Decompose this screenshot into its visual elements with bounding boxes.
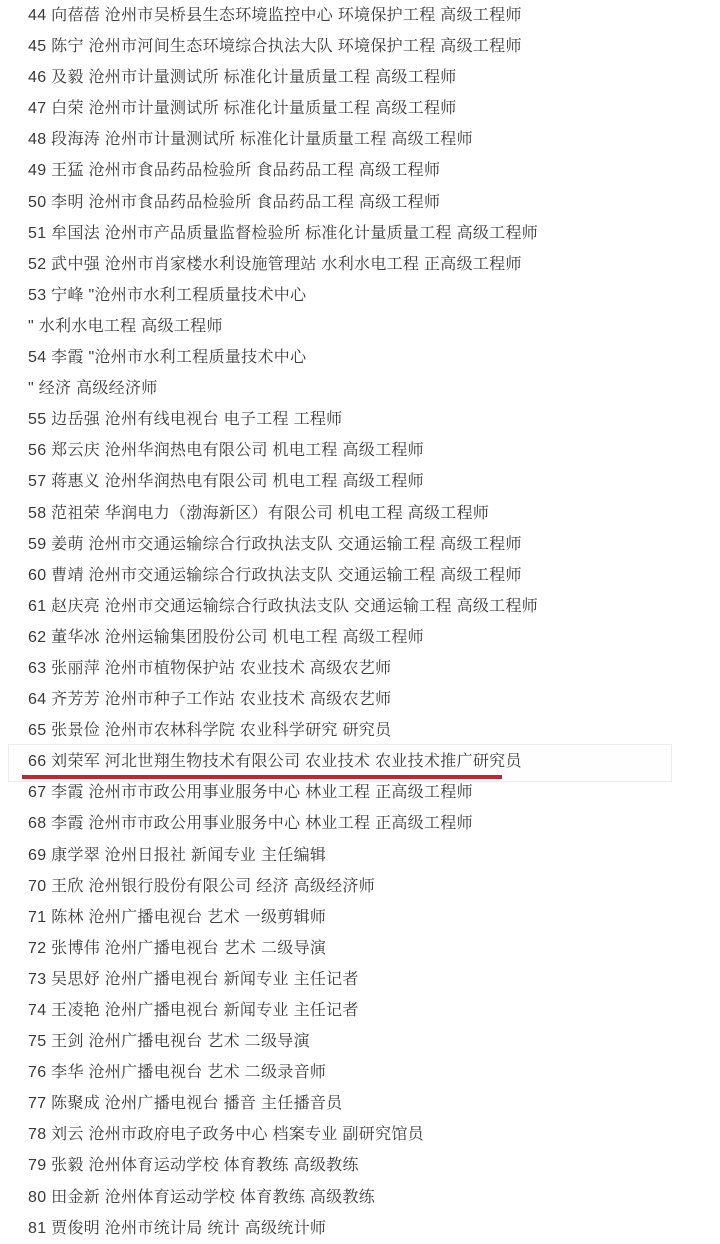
list-item: 57 蒋惠义 沧州华润热电有限公司 机电工程 高级工程师	[0, 466, 720, 497]
list-item-text: 55 边岳强 沧州有线电视台 电子工程 工程师	[28, 411, 342, 428]
list-item: 72 张博伟 沧州广播电视台 艺术 二级导演	[0, 933, 720, 964]
list-item: 77 陈聚成 沧州广播电视台 播音 主任播音员	[0, 1088, 720, 1119]
list-item-text: 44 向蓓蓓 沧州市吴桥县生态环境监控中心 环境保护工程 高级工程师	[28, 7, 522, 24]
list-item: 60 曹靖 沧州市交通运输综合行政执法支队 交通运输工程 高级工程师	[0, 560, 720, 591]
list-item: 51 牟国法 沧州市产品质量监督检验所 标准化计量质量工程 高级工程师	[0, 218, 720, 249]
list-item-text: 77 陈聚成 沧州广播电视台 播音 主任播音员	[28, 1095, 342, 1112]
person-list: 44 向蓓蓓 沧州市吴桥县生态环境监控中心 环境保护工程 高级工程师 45 陈宁…	[0, 0, 720, 1244]
list-item: 70 王欣 沧州银行股份有限公司 经济 高级经济师	[0, 871, 720, 902]
list-item-text: 74 王凌艳 沧州广播电视台 新闻专业 主任记者	[28, 1002, 359, 1019]
list-item: 48 段海涛 沧州市计量测试所 标准化计量质量工程 高级工程师	[0, 124, 720, 155]
list-item: 47 白荣 沧州市计量测试所 标准化计量质量工程 高级工程师	[0, 93, 720, 124]
list-item-text: 68 李霞 沧州市市政公用事业服务中心 林业工程 正高级工程师	[28, 815, 473, 832]
list-item-text: 62 董华冰 沧州运输集团股份公司 机电工程 高级工程师	[28, 629, 424, 646]
list-item-text: " 水利水电工程 高级工程师	[28, 318, 223, 335]
list-item: 62 董华冰 沧州运输集团股份公司 机电工程 高级工程师	[0, 622, 720, 653]
list-item: 75 王剑 沧州广播电视台 艺术 二级导演	[0, 1026, 720, 1057]
list-item: 59 姜萌 沧州市交通运输综合行政执法支队 交通运输工程 高级工程师	[0, 529, 720, 560]
list-item-text: 66 刘荣军 河北世翔生物技术有限公司 农业技术 农业技术推广研究员	[28, 753, 522, 770]
list-item: 58 范祖荣 华润电力（渤海新区）有限公司 机电工程 高级工程师	[0, 498, 720, 529]
list-item: 64 齐芳芳 沧州市种子工作站 农业技术 高级农艺师	[0, 684, 720, 715]
list-item-text: 78 刘云 沧州市政府电子政务中心 档案专业 副研究馆员	[28, 1126, 424, 1143]
list-item-text: 71 陈林 沧州广播电视台 艺术 一级剪辑师	[28, 909, 326, 926]
list-item-text: 81 贾俊明 沧州市统计局 统计 高级统计师	[28, 1220, 326, 1237]
list-item-text: 52 武中强 沧州市肖家楼水利设施管理站 水利水电工程 正高级工程师	[28, 256, 522, 273]
list-item: 44 向蓓蓓 沧州市吴桥县生态环境监控中心 环境保护工程 高级工程师	[0, 0, 720, 31]
list-item: 49 王猛 沧州市食品药品检验所 食品药品工程 高级工程师	[0, 155, 720, 186]
list-item-text: 75 王剑 沧州广播电视台 艺术 二级导演	[28, 1033, 310, 1050]
list-item-text: 46 及毅 沧州市计量测试所 标准化计量质量工程 高级工程师	[28, 69, 457, 86]
list-item-text: 49 王猛 沧州市食品药品检验所 食品药品工程 高级工程师	[28, 162, 440, 179]
list-item-text: 47 白荣 沧州市计量测试所 标准化计量质量工程 高级工程师	[28, 100, 457, 117]
list-item-text: 57 蒋惠义 沧州华润热电有限公司 机电工程 高级工程师	[28, 473, 424, 490]
list-item-text: 58 范祖荣 华润电力（渤海新区）有限公司 机电工程 高级工程师	[28, 505, 489, 522]
highlight-underline	[22, 775, 502, 779]
list-item-text: 53 宁峰 "沧州市水利工程质量技术中心	[28, 287, 306, 304]
list-item: 50 李明 沧州市食品药品检验所 食品药品工程 高级工程师	[0, 187, 720, 218]
list-item-text: 80 田金新 沧州体育运动学校 体育教练 高级教练	[28, 1189, 375, 1206]
list-item: 71 陈林 沧州广播电视台 艺术 一级剪辑师	[0, 902, 720, 933]
list-item: 81 贾俊明 沧州市统计局 统计 高级统计师	[0, 1213, 720, 1244]
list-item: 79 张毅 沧州体育运动学校 体育教练 高级教练	[0, 1150, 720, 1181]
list-item: 56 郑云庆 沧州华润热电有限公司 机电工程 高级工程师	[0, 435, 720, 466]
list-item-text: 60 曹靖 沧州市交通运输综合行政执法支队 交通运输工程 高级工程师	[28, 567, 522, 584]
list-item-text: 54 李霞 "沧州市水利工程质量技术中心	[28, 349, 306, 366]
list-item-text: 59 姜萌 沧州市交通运输综合行政执法支队 交通运输工程 高级工程师	[28, 536, 522, 553]
list-item: 53 宁峰 "沧州市水利工程质量技术中心	[0, 280, 720, 311]
list-item: 66 刘荣军 河北世翔生物技术有限公司 农业技术 农业技术推广研究员	[0, 746, 720, 777]
list-item-text: 56 郑云庆 沧州华润热电有限公司 机电工程 高级工程师	[28, 442, 424, 459]
list-item-text: 48 段海涛 沧州市计量测试所 标准化计量质量工程 高级工程师	[28, 131, 473, 148]
list-item: 52 武中强 沧州市肖家楼水利设施管理站 水利水电工程 正高级工程师	[0, 249, 720, 280]
list-item: 74 王凌艳 沧州广播电视台 新闻专业 主任记者	[0, 995, 720, 1026]
list-item-text: 67 李霞 沧州市市政公用事业服务中心 林业工程 正高级工程师	[28, 784, 473, 801]
list-item-text: " 经济 高级经济师	[28, 380, 158, 397]
list-item: 46 及毅 沧州市计量测试所 标准化计量质量工程 高级工程师	[0, 62, 720, 93]
list-item-text: 73 吴思妤 沧州广播电视台 新闻专业 主任记者	[28, 971, 359, 988]
list-item-text: 51 牟国法 沧州市产品质量监督检验所 标准化计量质量工程 高级工程师	[28, 225, 538, 242]
list-item: 65 张景俭 沧州市农林科学院 农业科学研究 研究员	[0, 715, 720, 746]
list-item-text: 76 李华 沧州广播电视台 艺术 二级录音师	[28, 1064, 326, 1081]
list-item: " 水利水电工程 高级工程师	[0, 311, 720, 342]
list-item: 78 刘云 沧州市政府电子政务中心 档案专业 副研究馆员	[0, 1119, 720, 1150]
list-item: 68 李霞 沧州市市政公用事业服务中心 林业工程 正高级工程师	[0, 808, 720, 839]
list-item-text: 45 陈宁 沧州市河间生态环境综合执法大队 环境保护工程 高级工程师	[28, 38, 522, 55]
list-item: 45 陈宁 沧州市河间生态环境综合执法大队 环境保护工程 高级工程师	[0, 31, 720, 62]
list-item-text: 69 康学翠 沧州日报社 新闻专业 主任编辑	[28, 847, 326, 864]
list-item: 73 吴思妤 沧州广播电视台 新闻专业 主任记者	[0, 964, 720, 995]
document-page: 44 向蓓蓓 沧州市吴桥县生态环境监控中心 环境保护工程 高级工程师 45 陈宁…	[0, 0, 720, 1244]
list-item: 76 李华 沧州广播电视台 艺术 二级录音师	[0, 1057, 720, 1088]
list-item: 69 康学翠 沧州日报社 新闻专业 主任编辑	[0, 840, 720, 871]
list-item-text: 65 张景俭 沧州市农林科学院 农业科学研究 研究员	[28, 722, 391, 739]
list-item: 54 李霞 "沧州市水利工程质量技术中心	[0, 342, 720, 373]
list-item-text: 64 齐芳芳 沧州市种子工作站 农业技术 高级农艺师	[28, 691, 391, 708]
list-item: 55 边岳强 沧州有线电视台 电子工程 工程师	[0, 404, 720, 435]
list-item-text: 50 李明 沧州市食品药品检验所 食品药品工程 高级工程师	[28, 194, 440, 211]
list-item-text: 79 张毅 沧州体育运动学校 体育教练 高级教练	[28, 1157, 359, 1174]
list-item-text: 70 王欣 沧州银行股份有限公司 经济 高级经济师	[28, 878, 375, 895]
list-item: " 经济 高级经济师	[0, 373, 720, 404]
list-item-text: 72 张博伟 沧州广播电视台 艺术 二级导演	[28, 940, 326, 957]
list-item-text: 63 张丽萍 沧州市植物保护站 农业技术 高级农艺师	[28, 660, 391, 677]
list-item: 61 赵庆亮 沧州市交通运输综合行政执法支队 交通运输工程 高级工程师	[0, 591, 720, 622]
list-item: 80 田金新 沧州体育运动学校 体育教练 高级教练	[0, 1182, 720, 1213]
list-item-text: 61 赵庆亮 沧州市交通运输综合行政执法支队 交通运输工程 高级工程师	[28, 598, 538, 615]
list-item: 63 张丽萍 沧州市植物保护站 农业技术 高级农艺师	[0, 653, 720, 684]
